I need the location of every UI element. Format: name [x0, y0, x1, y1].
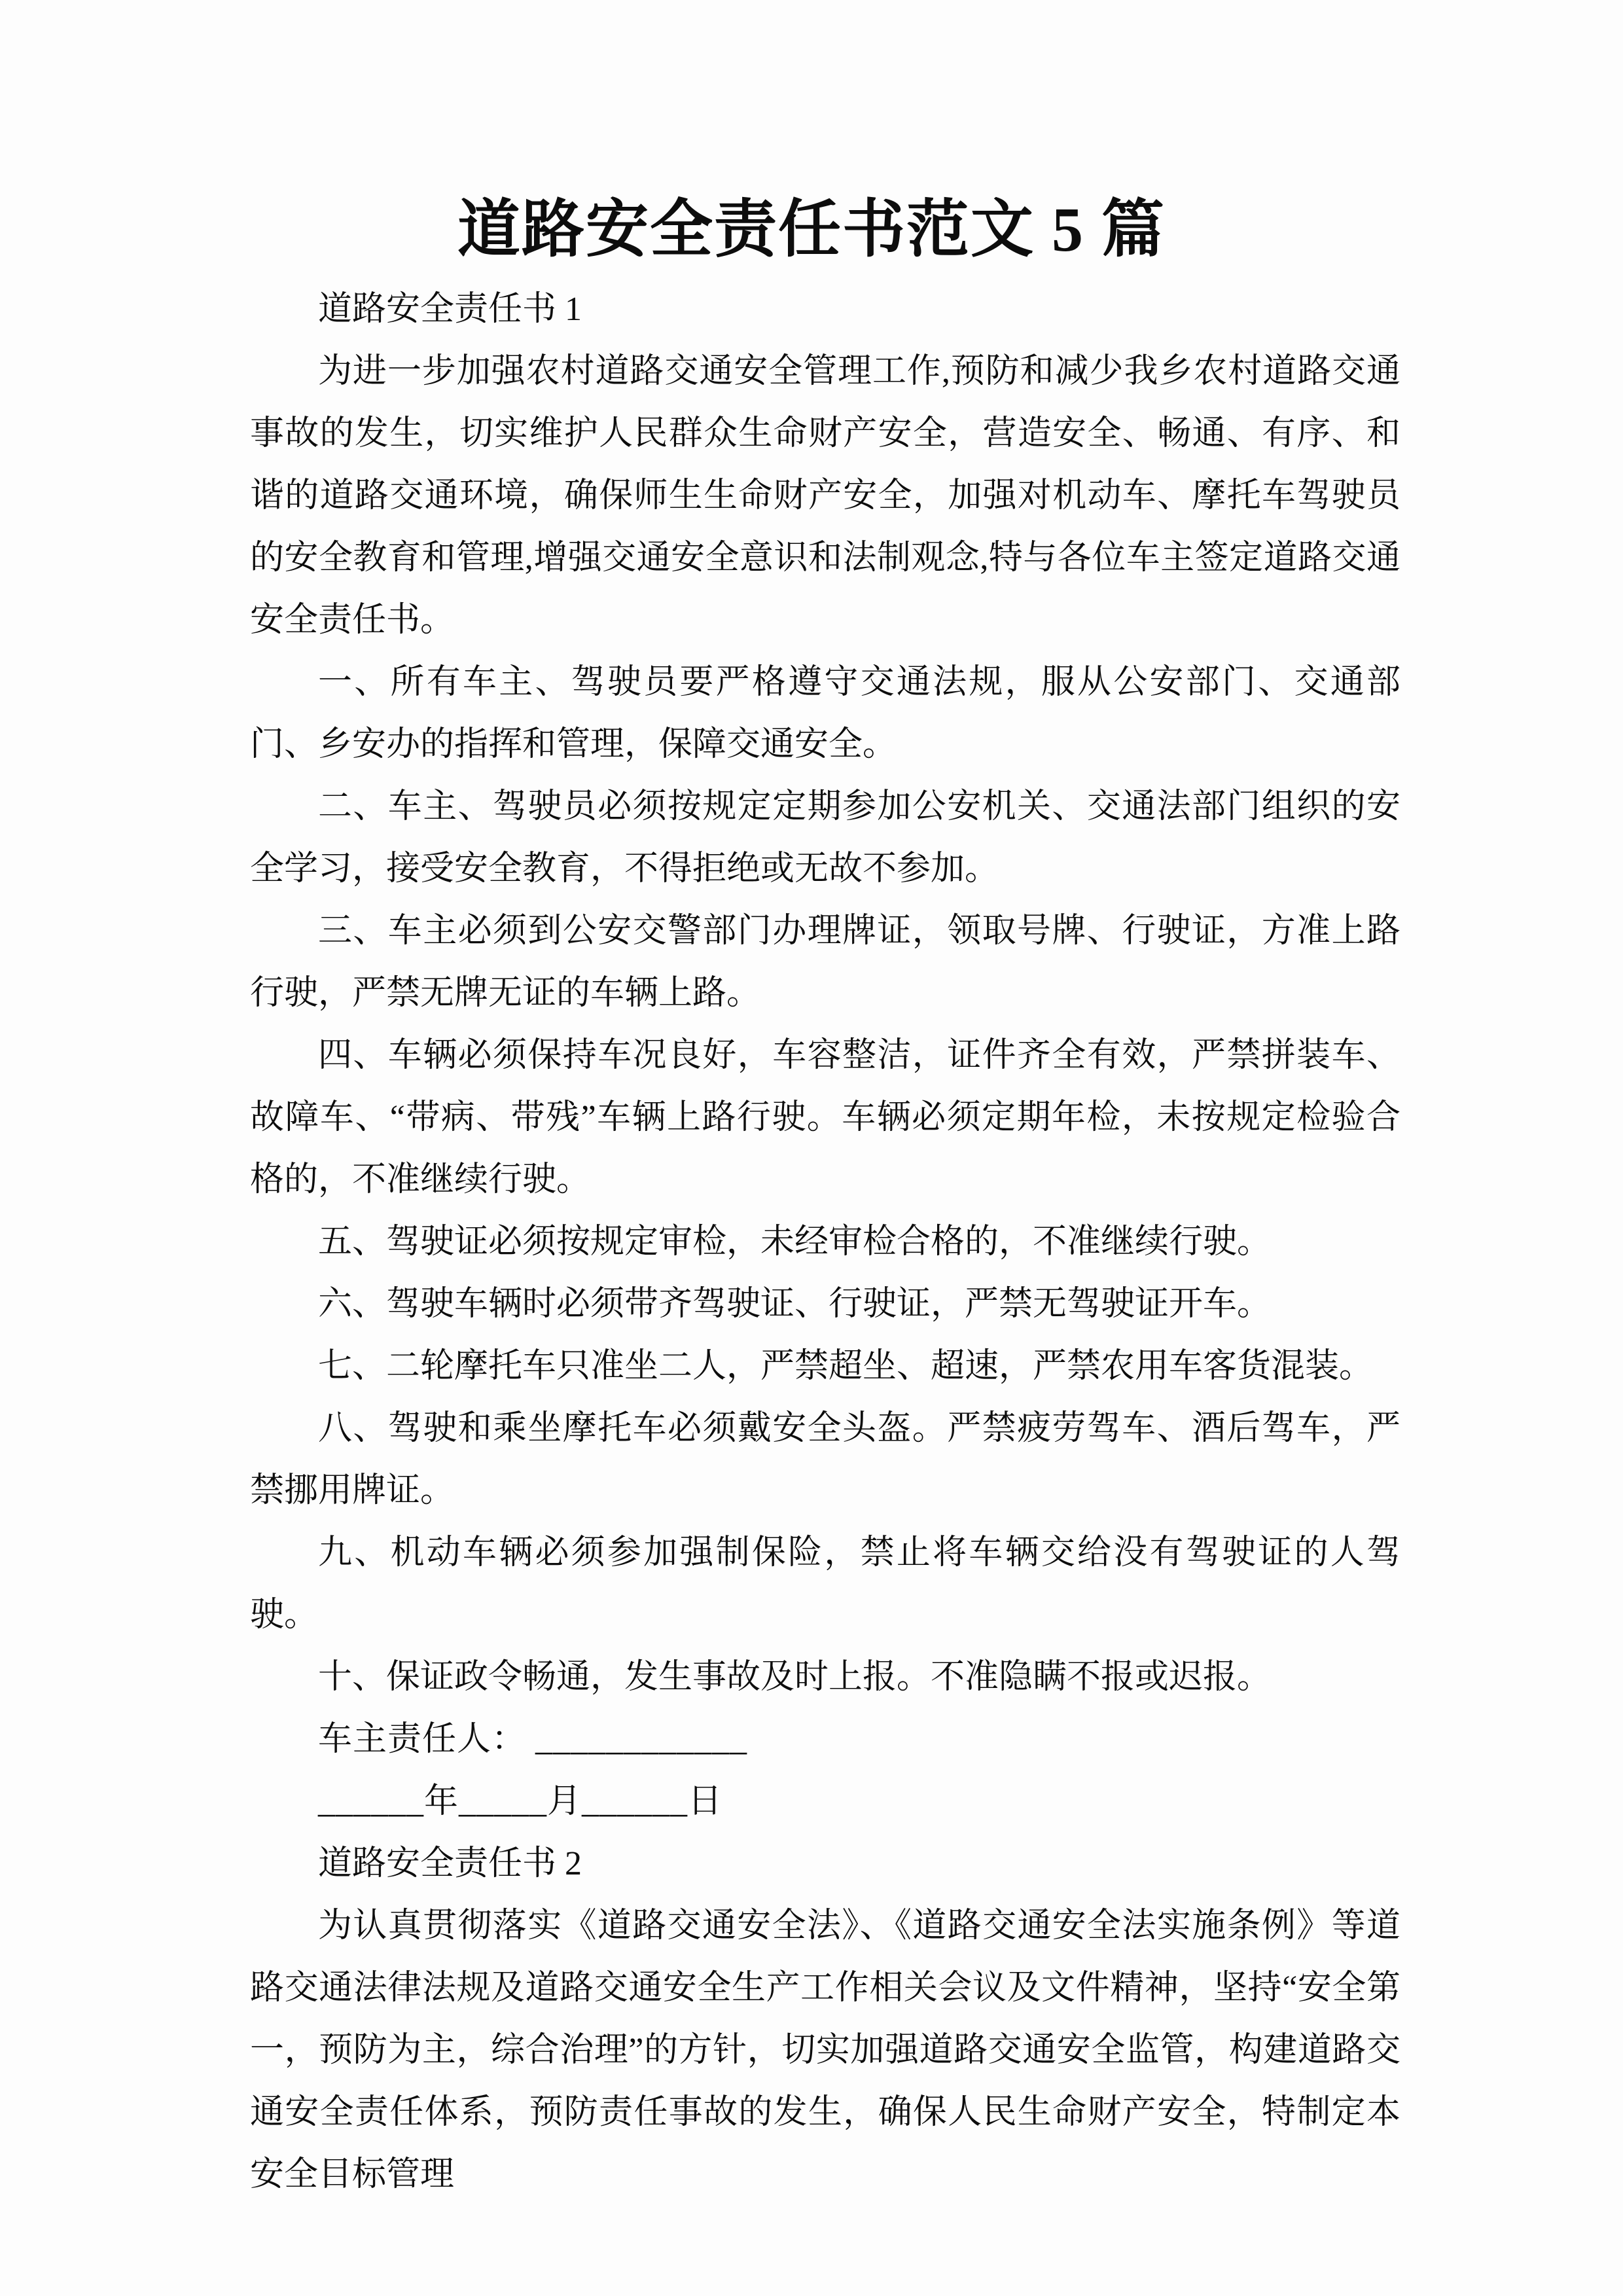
document-page: 道路安全责任书范文 5 篇 道路安全责任书 1 为进一步加强农村道路交通安全管理…	[0, 0, 1623, 2296]
section1-item-4: 四、车辆必须保持车况良好，车容整洁，证件齐全有效，严禁拼装车、故障车、“带病、带…	[250, 1024, 1400, 1211]
document-body: 道路安全责任书 1 为进一步加强农村道路交通安全管理工作,预防和减少我乡农村道路…	[250, 278, 1400, 2206]
document-title: 道路安全责任书范文 5 篇	[0, 0, 1623, 277]
section1-item-9: 九、机动车辆必须参加强制保险，禁止将车辆交给没有驾驶证的人驾驶。	[250, 1522, 1400, 1646]
section1-item-2: 二、车主、驾驶员必须按规定定期参加公安机关、交通法部门组织的安全学习，接受安全教…	[250, 776, 1400, 900]
section1-item-3: 三、车主必须到公安交警部门办理牌证，领取号牌、行驶证，方准上路行驶，严禁无牌无证…	[250, 900, 1400, 1024]
section1-item-5: 五、驾驶证必须按规定审检，未经审检合格的，不准继续行驶。	[250, 1211, 1400, 1273]
section1-item-10: 十、保证政令畅通，发生事故及时上报。不准隐瞒不报或迟报。	[250, 1646, 1400, 1708]
section1-item-1: 一、所有车主、驾驶员要严格遵守交通法规，服从公安部门、交通部门、乡安办的指挥和管…	[250, 651, 1400, 776]
signature-line: 车主责任人： ____________	[250, 1708, 1400, 1770]
date-line: ______年_____月______日	[250, 1770, 1400, 1833]
section1-item-7: 七、二轮摩托车只准坐二人，严禁超坐、超速，严禁农用车客货混装。	[250, 1335, 1400, 1397]
section1-heading: 道路安全责任书 1	[250, 278, 1400, 340]
section1-item-6: 六、驾驶车辆时必须带齐驾驶证、行驶证，严禁无驾驶证开车。	[250, 1273, 1400, 1335]
section2-heading: 道路安全责任书 2	[250, 1833, 1400, 1895]
section1-intro: 为进一步加强农村道路交通安全管理工作,预防和减少我乡农村道路交通事故的发生，切实…	[250, 340, 1400, 651]
section2-intro: 为认真贯彻落实《道路交通安全法》、《道路交通安全法实施条例》等道路交通法律法规及…	[250, 1895, 1400, 2206]
section1-item-8: 八、驾驶和乘坐摩托车必须戴安全头盔。严禁疲劳驾车、酒后驾车，严禁挪用牌证。	[250, 1397, 1400, 1522]
